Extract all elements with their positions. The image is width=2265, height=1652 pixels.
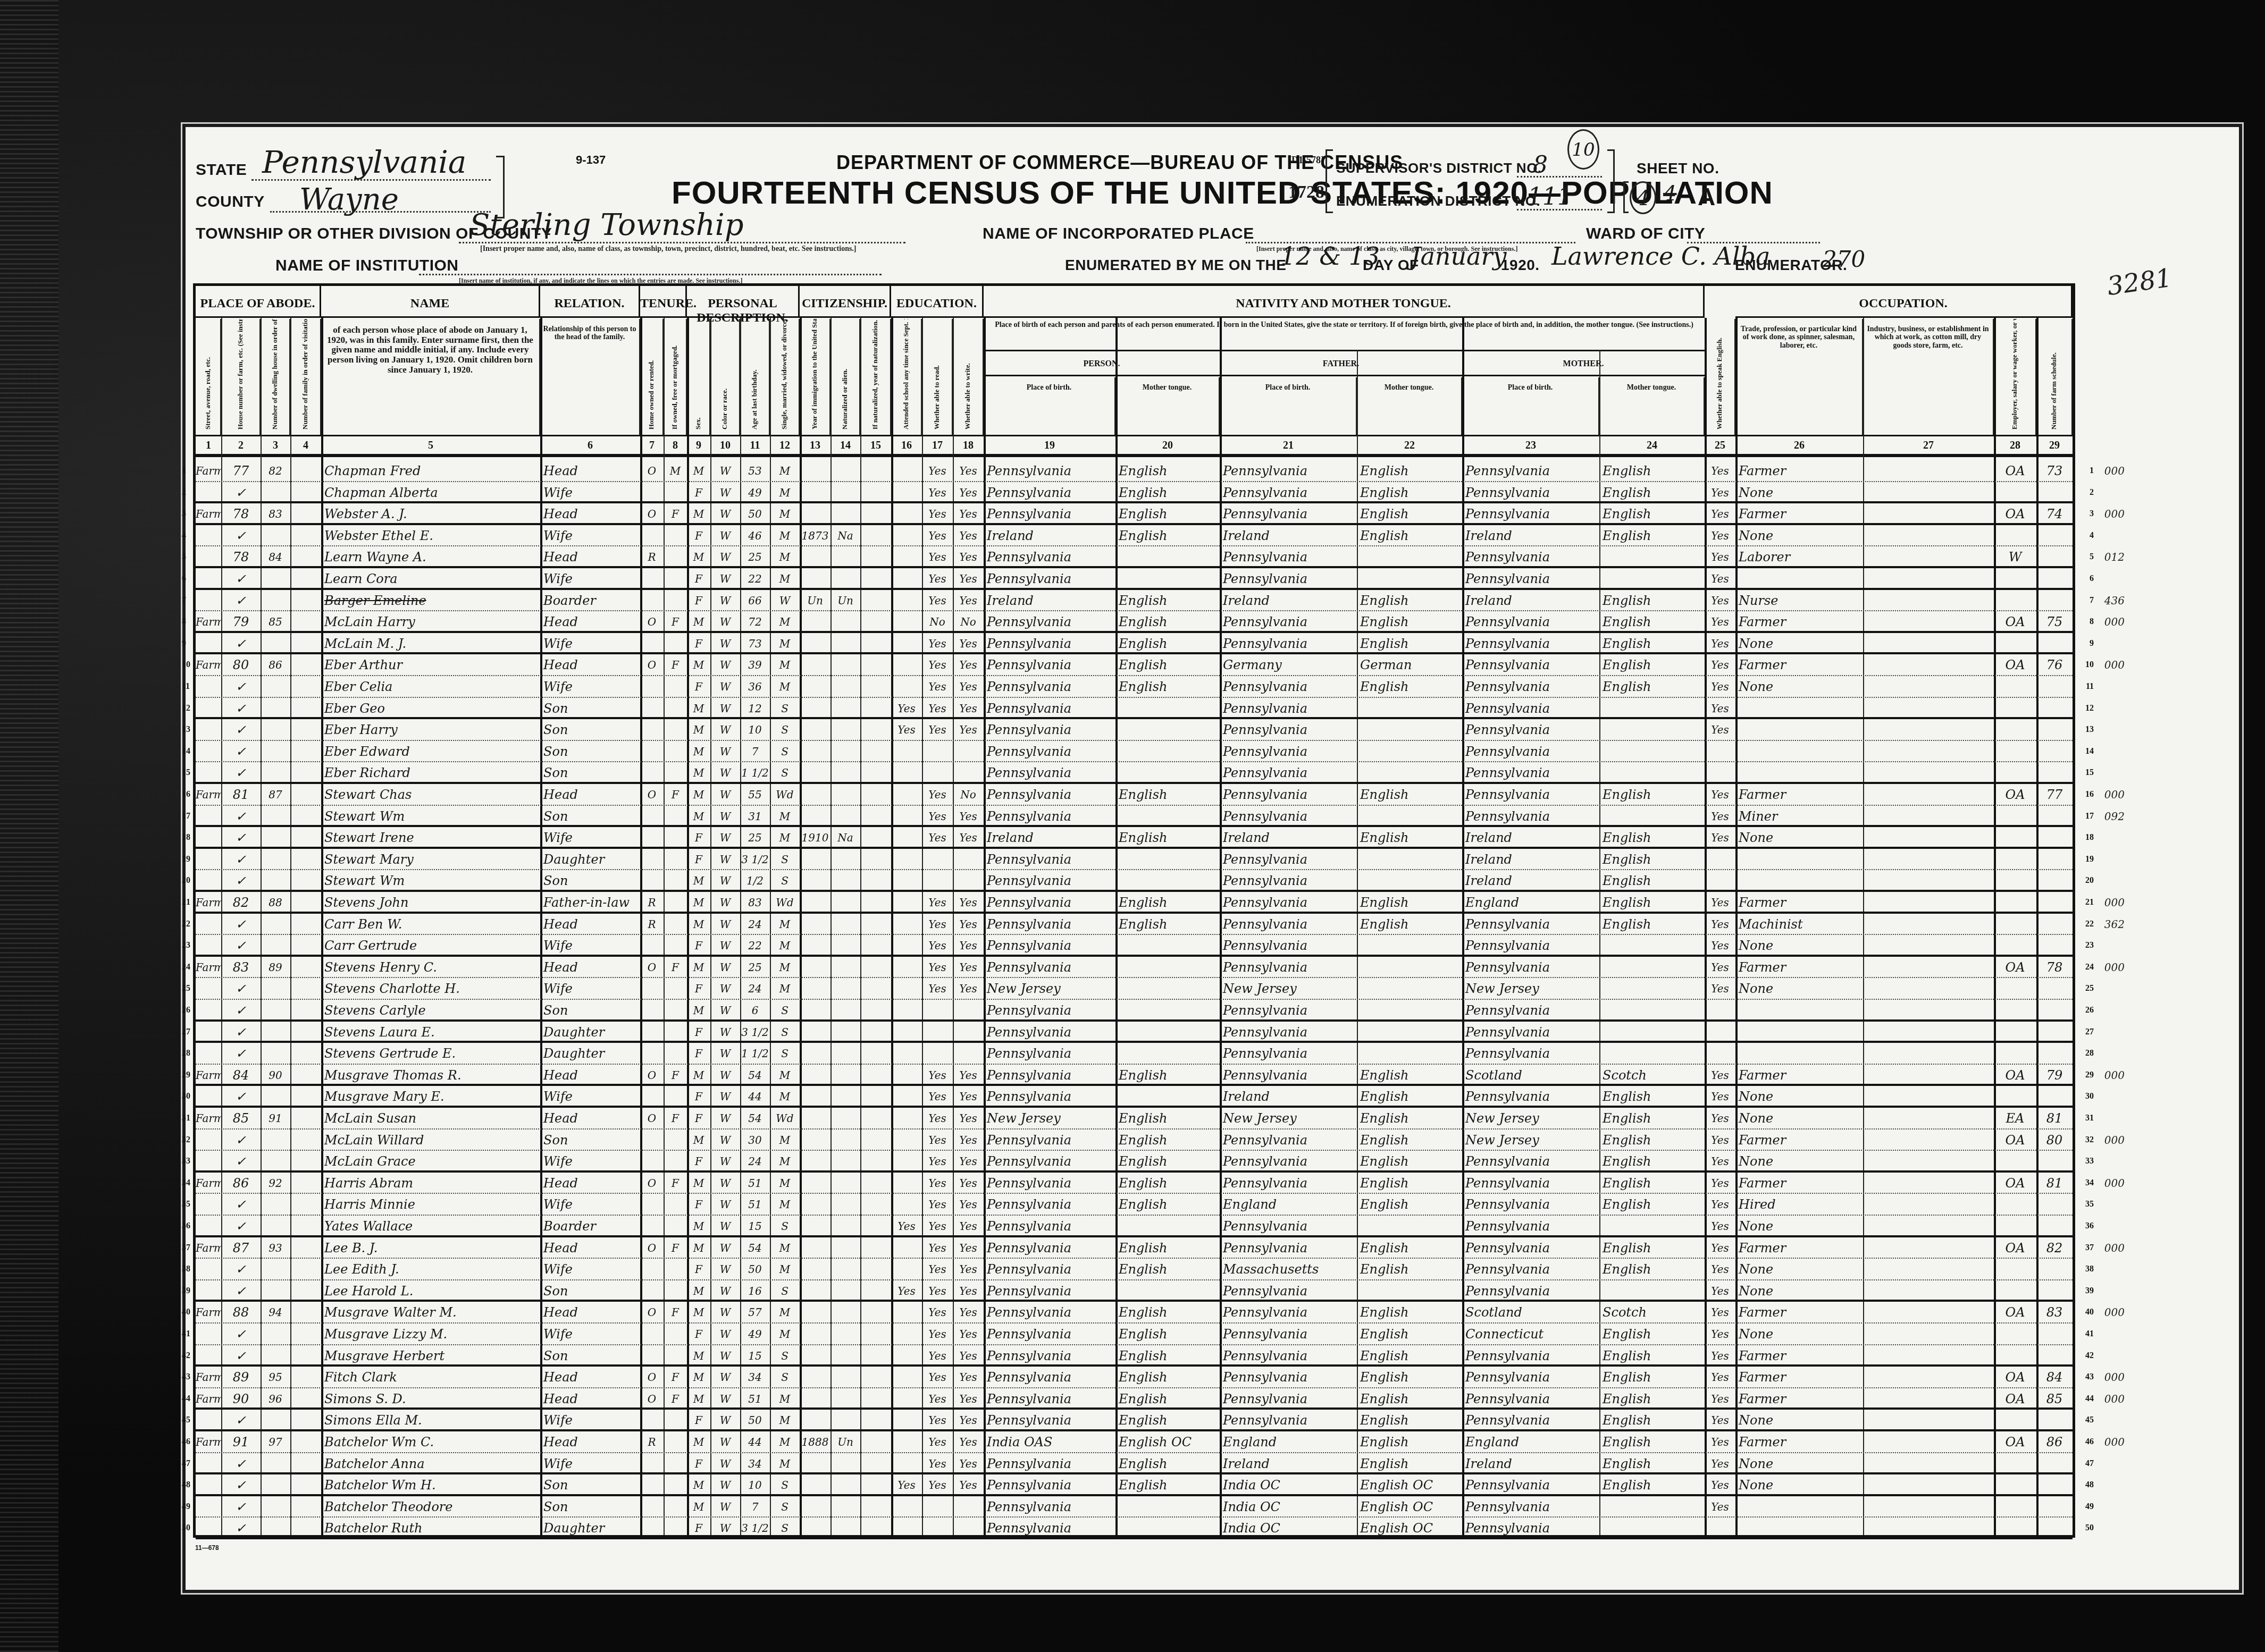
cell-trade: Hired — [1735, 1194, 1863, 1215]
line-number: 23 — [182, 935, 190, 956]
cell-tongue: English — [1115, 590, 1220, 611]
cell-f-pob: Pennsylvania — [1220, 806, 1357, 825]
cell-relation: Son — [540, 1280, 640, 1300]
cell-marital: S — [770, 762, 800, 782]
cell-tongue: English — [1115, 1237, 1220, 1258]
cell-pob: Pennsylvania — [984, 633, 1115, 653]
column-header-10: Color or race. — [710, 319, 740, 435]
cell-english: Yes — [1705, 1065, 1735, 1084]
cell-house: 85 — [221, 1108, 261, 1128]
margin-value: 000 — [2104, 1065, 2125, 1086]
cell-m-tongue: English — [1599, 525, 1705, 546]
cell-pob: Pennsylvania — [984, 460, 1115, 481]
cell-read: Yes — [922, 1345, 953, 1365]
cell-tongue: English — [1115, 676, 1220, 697]
column-number-row: 1234567891011121314151617181920212223242… — [196, 435, 2073, 457]
cell-english: Yes — [1705, 1280, 1735, 1300]
cell-farm: 74 — [2036, 503, 2073, 523]
cell-age: 51 — [740, 1194, 770, 1215]
column-number: 5 — [321, 440, 540, 452]
cell-age: 44 — [740, 1086, 770, 1106]
supervisor-district-value: 8 — [1533, 151, 1548, 179]
cell-house: ✓ — [221, 719, 261, 740]
cell-m-tongue: English — [1599, 611, 1705, 631]
cell-write: Yes — [953, 1474, 984, 1494]
cell-f-pob: Pennsylvania — [1220, 1000, 1357, 1019]
cell-read: Yes — [922, 1410, 953, 1429]
cell-name: Carr Gertrude — [321, 935, 540, 955]
cell-sex: F — [687, 849, 710, 870]
column-header-22: Mother tongue. — [1357, 377, 1462, 435]
cell-trade: Farmer — [1735, 1388, 1863, 1408]
supervisor-line — [1517, 176, 1602, 178]
cell-name: Batchelor Theodore — [321, 1496, 540, 1517]
cell-f-tongue: English — [1357, 1173, 1462, 1193]
cell-name: Stewart Chas — [321, 784, 540, 805]
cell-sex: M — [687, 1216, 710, 1235]
cell-house: ✓ — [221, 1086, 261, 1106]
cell-age: 49 — [740, 482, 770, 502]
cell-relation: Wife — [540, 1151, 640, 1170]
cell-class: OA — [1994, 784, 2036, 805]
table-row: 4040000Farm8894Musgrave Walter M.HeadOFM… — [196, 1302, 2073, 1324]
cell-color: W — [710, 1237, 740, 1258]
cell-tongue: English — [1115, 482, 1220, 502]
line-number-right: 34 — [2085, 1173, 2094, 1194]
cell-age: 1 1/2 — [740, 1043, 770, 1064]
cell-relation: Wife — [540, 827, 640, 847]
cell-color: W — [710, 1086, 740, 1106]
cell-m-pob: Ireland — [1462, 590, 1599, 611]
cell-m-pob: England — [1462, 1431, 1599, 1452]
cell-pob: Pennsylvania — [984, 762, 1115, 782]
cell-color: W — [710, 1043, 740, 1064]
cell-m-tongue: Scotch — [1599, 1302, 1705, 1322]
cell-marital: M — [770, 914, 800, 934]
column-header-label: Mother tongue. — [1357, 377, 1461, 394]
cell-age: 15 — [740, 1216, 770, 1235]
cell-trade: Farmer — [1735, 1173, 1863, 1193]
cell-color: W — [710, 892, 740, 912]
cell-age: 7 — [740, 1496, 770, 1517]
cell-relation: Son — [540, 719, 640, 740]
cell-write: Yes — [953, 1259, 984, 1279]
cell-pob: Pennsylvania — [984, 611, 1115, 631]
cell-color: W — [710, 1496, 740, 1517]
table-row: 3636✓Yates WallaceBoarderMW15SYesYesYesP… — [196, 1216, 2073, 1237]
cell-class: OA — [1994, 1367, 2036, 1387]
cell-m-pob: Pennsylvania — [1462, 784, 1599, 805]
cell-english: Yes — [1705, 784, 1735, 805]
cell-marital: M — [770, 482, 800, 502]
cell-name: Chapman Alberta — [321, 482, 540, 502]
margin-value: 000 — [2104, 784, 2125, 805]
line-number: 9 — [182, 633, 186, 654]
cell-mortgage: M — [664, 460, 687, 481]
cell-f-pob: Pennsylvania — [1220, 1043, 1357, 1064]
column-group-8: NATIVITY AND MOTHER TONGUE. — [984, 286, 1705, 318]
cell-marital: S — [770, 1022, 800, 1041]
cell-m-pob: Pennsylvania — [1462, 611, 1599, 631]
cell-house: ✓ — [221, 1280, 261, 1300]
line-number-right: 22 — [2085, 914, 2094, 935]
cell-age: 24 — [740, 1151, 770, 1170]
cell-m-pob: Pennsylvania — [1462, 1151, 1599, 1170]
cell-owned: O — [640, 611, 664, 631]
cell-mortgage: F — [664, 1367, 687, 1387]
cell-m-tongue: English — [1599, 1388, 1705, 1408]
cell-write: Yes — [953, 698, 984, 718]
cell-house: ✓ — [221, 741, 261, 762]
table-row: 77436✓Barger EmelineBoarderFW66WUnUnYesY… — [196, 590, 2073, 612]
cell-trade: Farmer — [1735, 1302, 1863, 1322]
cell-f-pob: Ireland — [1220, 525, 1357, 546]
cell-name: Batchelor Ruth — [321, 1518, 540, 1537]
cell-house: 78 — [221, 503, 261, 523]
column-header-16: Attended school any time since Sept. 1, … — [891, 319, 922, 435]
cell-relation: Wife — [540, 1259, 640, 1279]
cell-color: W — [710, 784, 740, 805]
column-header-label: Color or race. — [720, 389, 729, 429]
cell-read: Yes — [922, 1280, 953, 1300]
cell-read: Yes — [922, 935, 953, 955]
cell-relation: Son — [540, 741, 640, 762]
cell-age: 24 — [740, 914, 770, 934]
cell-age: 36 — [740, 676, 770, 697]
cell-dwelling: 89 — [261, 957, 290, 977]
cell-age: 51 — [740, 1173, 770, 1193]
sheet-number: 4 — [1630, 181, 1656, 214]
cell-color: W — [710, 1453, 740, 1473]
cell-owned: O — [640, 1302, 664, 1322]
cell-owned: R — [640, 914, 664, 934]
cell-color: W — [710, 719, 740, 740]
cell-f-pob: New Jersey — [1220, 978, 1357, 999]
column-header-2: House number or farm, etc. (See instruct… — [221, 319, 261, 435]
cell-f-tongue: German — [1357, 654, 1462, 675]
cell-relation: Boarder — [540, 590, 640, 611]
cell-color: W — [710, 1324, 740, 1344]
line-number-right: 24 — [2085, 957, 2094, 978]
cell-relation: Wife — [540, 1410, 640, 1429]
cell-read: Yes — [922, 1474, 953, 1494]
cell-sex: M — [687, 914, 710, 934]
line-number-right: 19 — [2085, 849, 2094, 870]
margin-value: 000 — [2104, 654, 2125, 676]
cell-pob: Pennsylvania — [984, 1410, 1115, 1429]
cell-dwelling: 92 — [261, 1173, 290, 1193]
cell-relation: Son — [540, 870, 640, 890]
cell-write: Yes — [953, 1151, 984, 1170]
cell-write: Yes — [953, 1216, 984, 1235]
cell-farm: 80 — [2036, 1130, 2073, 1150]
cell-farm: 86 — [2036, 1431, 2073, 1452]
state-value: Pennsylvania — [262, 144, 466, 180]
line-number: 48 — [182, 1474, 190, 1496]
cell-street: Farm — [196, 611, 221, 631]
cell-f-tongue: English — [1357, 460, 1462, 481]
cell-f-tongue: English — [1357, 1086, 1462, 1106]
cell-write: Yes — [953, 935, 984, 955]
cell-write: Yes — [953, 957, 984, 977]
line-number-right: 4 — [2090, 525, 2094, 546]
cell-pob: Pennsylvania — [984, 784, 1115, 805]
cell-trade: None — [1735, 525, 1863, 546]
cell-english: Yes — [1705, 503, 1735, 523]
cell-sex: F — [687, 978, 710, 999]
column-group-2: NAME — [321, 286, 540, 318]
county-value: Wayne — [299, 182, 399, 217]
line-number-right: 14 — [2085, 741, 2094, 762]
cell-house: ✓ — [221, 827, 261, 847]
cell-sex: M — [687, 892, 710, 912]
cell-m-tongue: English — [1599, 482, 1705, 502]
cell-color: W — [710, 611, 740, 631]
column-header-label: If owned, free or mortgaged. — [670, 345, 679, 429]
cell-pob: Pennsylvania — [984, 957, 1115, 977]
cell-relation: Daughter — [540, 1043, 640, 1064]
cell-color: W — [710, 1022, 740, 1041]
cell-pob: Pennsylvania — [984, 914, 1115, 934]
cell-class: OA — [1994, 503, 2036, 523]
cell-sex: M — [687, 1130, 710, 1150]
cell-relation: Head — [540, 546, 640, 566]
cell-house: ✓ — [221, 1324, 261, 1344]
cell-marital: M — [770, 957, 800, 977]
sheet-bracket — [1623, 181, 1629, 213]
cell-m-pob: Pennsylvania — [1462, 503, 1599, 523]
cell-f-pob: Pennsylvania — [1220, 698, 1357, 718]
cell-color: W — [710, 827, 740, 847]
cell-m-tongue: English — [1599, 1151, 1705, 1170]
cell-dwelling: 86 — [261, 654, 290, 675]
cell-relation: Head — [540, 654, 640, 675]
cell-house: 84 — [221, 1065, 261, 1084]
line-number: 20 — [182, 870, 190, 891]
cell-tongue: English — [1115, 460, 1220, 481]
column-header-label: Number of farm schedule. — [2050, 352, 2058, 429]
cell-sex: M — [687, 1431, 710, 1452]
cell-trade: None — [1735, 978, 1863, 999]
cell-farm: 82 — [2036, 1237, 2073, 1258]
line-number-right: 18 — [2085, 827, 2094, 848]
cell-f-tongue: English — [1357, 676, 1462, 697]
cell-sex: M — [687, 1065, 710, 1084]
cell-sex: M — [687, 806, 710, 825]
nativity-subgroup-person: PERSON. — [984, 350, 1220, 376]
cell-house: ✓ — [221, 849, 261, 870]
cell-name: Batchelor Wm C. — [321, 1431, 540, 1452]
cell-m-pob: Pennsylvania — [1462, 654, 1599, 675]
cell-relation: Head — [540, 1237, 640, 1258]
column-number: 19 — [984, 440, 1115, 452]
cell-m-tongue: English — [1599, 503, 1705, 523]
column-number: 20 — [1115, 440, 1220, 452]
column-header-label: Industry, business, or establishment in … — [1863, 319, 1993, 352]
cell-tongue: English — [1115, 633, 1220, 653]
cell-house: ✓ — [221, 1000, 261, 1019]
cell-m-pob: Pennsylvania — [1462, 1280, 1599, 1300]
cell-color: W — [710, 590, 740, 611]
cell-tongue: English — [1115, 611, 1220, 631]
cell-tongue: English — [1115, 1130, 1220, 1150]
cell-dwelling: 96 — [261, 1388, 290, 1408]
column-header-29: Number of farm schedule. — [2036, 319, 2073, 435]
line-number: 7 — [182, 590, 186, 611]
cell-m-pob: Pennsylvania — [1462, 1216, 1599, 1235]
cell-pob: Pennsylvania — [984, 1518, 1115, 1537]
cell-mortgage: F — [664, 1065, 687, 1084]
township-hint: [Insert proper name and, also, name of c… — [480, 245, 857, 254]
cell-pob: New Jersey — [984, 978, 1115, 999]
nativity-subgroup-mother: MOTHER. — [1462, 350, 1705, 376]
cell-relation: Son — [540, 806, 640, 825]
cell-f-pob: Germany — [1220, 654, 1357, 675]
cell-f-tongue: English — [1357, 892, 1462, 912]
line-number-right: 16 — [2085, 784, 2094, 805]
incorporated-place-label: NAME OF INCORPORATED PLACE — [983, 225, 1254, 243]
cell-f-tongue: English — [1357, 784, 1462, 805]
cell-color: W — [710, 1474, 740, 1494]
cell-house: ✓ — [221, 1151, 261, 1170]
cell-f-tongue: English — [1357, 1431, 1462, 1452]
cell-age: 54 — [740, 1065, 770, 1084]
cell-marital: M — [770, 1194, 800, 1215]
cell-f-pob: Pennsylvania — [1220, 1410, 1357, 1429]
cell-m-tongue: English — [1599, 590, 1705, 611]
cell-name: McLain M. J. — [321, 633, 540, 653]
cell-english: Yes — [1705, 460, 1735, 481]
cell-dwelling: 84 — [261, 546, 290, 566]
cell-immig: Un — [800, 590, 830, 611]
cell-sex: M — [687, 503, 710, 523]
cell-name: Harris Abram — [321, 1173, 540, 1193]
table-row: 4949✓Batchelor TheodoreSonMW7SPennsylvan… — [196, 1496, 2073, 1518]
cell-read: Yes — [922, 1367, 953, 1387]
margin-value: 000 — [2104, 957, 2125, 978]
cell-read: Yes — [922, 590, 953, 611]
cell-farm: 75 — [2036, 611, 2073, 631]
table-row: 88000Farm7985McLain HarryHeadOFMW72MNoNo… — [196, 611, 2073, 633]
cell-english: Yes — [1705, 1108, 1735, 1128]
cell-read: Yes — [922, 633, 953, 653]
cell-f-pob: Pennsylvania — [1220, 1367, 1357, 1387]
column-group-3: RELATION. — [540, 286, 640, 318]
cell-marital: M — [770, 1086, 800, 1106]
cell-street: Farm — [196, 1302, 221, 1322]
cell-marital: S — [770, 1043, 800, 1064]
line-number: 15 — [182, 762, 190, 783]
cell-m-tongue: English — [1599, 1474, 1705, 1494]
cell-trade: None — [1735, 1324, 1863, 1344]
cell-m-pob: New Jersey — [1462, 978, 1599, 999]
cell-m-pob: Pennsylvania — [1462, 1000, 1599, 1019]
cell-owned: O — [640, 1065, 664, 1084]
cell-name: Chapman Fred — [321, 460, 540, 481]
cell-name: Lee Harold L. — [321, 1280, 540, 1300]
cell-relation: Head — [540, 503, 640, 523]
cell-pob: Pennsylvania — [984, 1000, 1115, 1019]
cell-m-tongue: English — [1599, 784, 1705, 805]
state-label: STATE — [196, 161, 247, 179]
cell-read: Yes — [922, 1173, 953, 1193]
line-number: 34 — [182, 1173, 190, 1194]
cell-trade: Farmer — [1735, 1367, 1863, 1387]
cell-dwelling: 94 — [261, 1302, 290, 1322]
cell-marital: M — [770, 546, 800, 566]
cell-tongue: English — [1115, 1388, 1220, 1408]
cell-read: No — [922, 611, 953, 631]
cell-farm: 84 — [2036, 1367, 2073, 1387]
cell-age: 50 — [740, 503, 770, 523]
column-number: 29 — [2036, 440, 2073, 452]
cell-m-pob: Pennsylvania — [1462, 1367, 1599, 1387]
table-row: 2626✓Stevens CarlyleSonMW6SPennsylvaniaP… — [196, 1000, 2073, 1022]
ward-label: WARD OF CITY — [1586, 225, 1705, 243]
cell-read: Yes — [922, 827, 953, 847]
cell-color: W — [710, 1000, 740, 1019]
cell-read: Yes — [922, 503, 953, 523]
cell-farm: 81 — [2036, 1173, 2073, 1193]
cell-trade: None — [1735, 1453, 1863, 1473]
cell-read: Yes — [922, 460, 953, 481]
cell-f-tongue: English — [1357, 590, 1462, 611]
cell-read: Yes — [922, 1065, 953, 1084]
cell-f-pob: Pennsylvania — [1220, 1388, 1357, 1408]
cell-name: Stevens Gertrude E. — [321, 1043, 540, 1064]
right-margin-note: 3281 — [2105, 263, 2174, 301]
cell-relation: Wife — [540, 676, 640, 697]
line-number-right: 46 — [2085, 1431, 2094, 1453]
cell-marital: S — [770, 719, 800, 740]
cell-marital: S — [770, 1000, 800, 1019]
cell-trade: None — [1735, 1259, 1863, 1279]
cell-age: 22 — [740, 935, 770, 955]
cell-f-pob: Pennsylvania — [1220, 611, 1357, 631]
line-number: 32 — [182, 1130, 190, 1151]
cell-f-pob: Pennsylvania — [1220, 1324, 1357, 1344]
cell-color: W — [710, 870, 740, 890]
cell-pob: Pennsylvania — [984, 1194, 1115, 1215]
cell-read: Yes — [922, 1216, 953, 1235]
cell-marital: M — [770, 1324, 800, 1344]
cell-relation: Son — [540, 1130, 640, 1150]
cell-class: OA — [1994, 1065, 2036, 1084]
enumerated-month: January — [1411, 242, 1507, 271]
cell-color: W — [710, 762, 740, 782]
table-row: 3333✓McLain GraceWifeFW24MYesYesPennsylv… — [196, 1151, 2073, 1173]
cell-sex: M — [687, 957, 710, 977]
cell-relation: Son — [540, 698, 640, 718]
cell-m-pob: Pennsylvania — [1462, 719, 1599, 740]
cell-sex: M — [687, 1474, 710, 1494]
cell-age: 51 — [740, 1388, 770, 1408]
cell-farm: 83 — [2036, 1302, 2073, 1322]
cell-school: Yes — [891, 1216, 922, 1235]
table-row: 1414✓Eber EdwardSonMW7SPennsylvaniaPenns… — [196, 741, 2073, 763]
line-number: 1 — [182, 460, 186, 482]
cell-sex: F — [687, 1410, 710, 1429]
cell-m-tongue: English — [1599, 1130, 1705, 1150]
cell-age: 3 1/2 — [740, 1518, 770, 1537]
table-row: 4848✓Batchelor Wm H.SonMW10SYesYesYesPen… — [196, 1474, 2073, 1496]
cell-m-tongue: English — [1599, 460, 1705, 481]
cell-name: McLain Harry — [321, 611, 540, 631]
column-header-label: If naturalized, year of naturalization. — [871, 320, 879, 429]
cell-sex: F — [687, 827, 710, 847]
cell-trade: Farmer — [1735, 1065, 1863, 1084]
cell-age: 50 — [740, 1410, 770, 1429]
